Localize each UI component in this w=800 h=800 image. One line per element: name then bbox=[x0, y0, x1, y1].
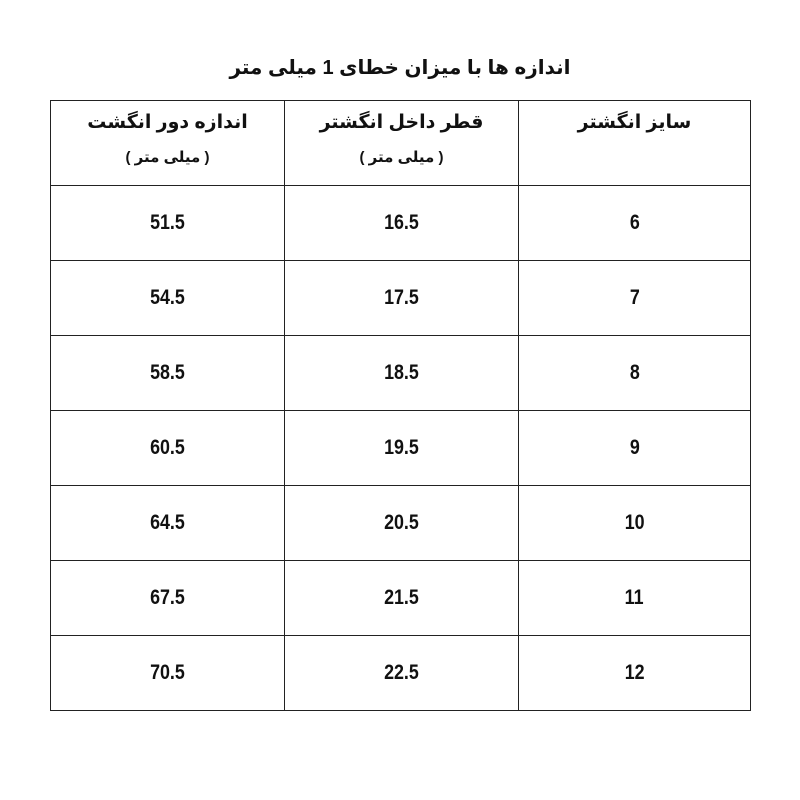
cell-circumference: 70.5 bbox=[51, 636, 285, 711]
cell-value: 12 bbox=[625, 661, 645, 685]
cell-circumference: 67.5 bbox=[51, 561, 285, 636]
table-row: 9 19.5 60.5 bbox=[51, 411, 751, 486]
cell-value: 9 bbox=[630, 436, 640, 460]
cell-inner-diameter: 21.5 bbox=[285, 561, 519, 636]
table-row: 6 16.5 51.5 bbox=[51, 186, 751, 261]
cell-inner-diameter: 22.5 bbox=[285, 636, 519, 711]
cell-value: 8 bbox=[630, 361, 640, 385]
header-label: اندازه دور انگشت bbox=[51, 109, 284, 137]
cell-size: 9 bbox=[519, 411, 751, 486]
header-circumference: اندازه دور انگشت ( میلی متر ) bbox=[51, 101, 285, 186]
cell-value: 16.5 bbox=[384, 211, 419, 235]
cell-value: 20.5 bbox=[384, 511, 419, 535]
cell-value: 7 bbox=[630, 286, 640, 310]
page-title: اندازه ها با میزان خطای 1 میلی متر bbox=[0, 52, 800, 84]
cell-value: 58.5 bbox=[150, 361, 185, 385]
cell-circumference: 51.5 bbox=[51, 186, 285, 261]
header-ring-size: سایز انگشتر bbox=[519, 101, 751, 186]
header-unit: ( میلی متر ) bbox=[51, 147, 284, 169]
cell-value: 22.5 bbox=[384, 661, 419, 685]
cell-value: 60.5 bbox=[150, 436, 185, 460]
header-inner-diameter: قطر داخل انگشتر ( میلی متر ) bbox=[285, 101, 519, 186]
cell-value: 21.5 bbox=[384, 586, 419, 610]
cell-circumference: 58.5 bbox=[51, 336, 285, 411]
header-label: قطر داخل انگشتر bbox=[285, 109, 518, 137]
cell-size: 6 bbox=[519, 186, 751, 261]
cell-value: 18.5 bbox=[384, 361, 419, 385]
cell-value: 19.5 bbox=[384, 436, 419, 460]
header-unit: ( میلی متر ) bbox=[285, 147, 518, 169]
table-row: 10 20.5 64.5 bbox=[51, 486, 751, 561]
cell-circumference: 60.5 bbox=[51, 411, 285, 486]
cell-size: 10 bbox=[519, 486, 751, 561]
table-row: 12 22.5 70.5 bbox=[51, 636, 751, 711]
table-row: 8 18.5 58.5 bbox=[51, 336, 751, 411]
cell-value: 51.5 bbox=[150, 211, 185, 235]
cell-inner-diameter: 18.5 bbox=[285, 336, 519, 411]
cell-inner-diameter: 20.5 bbox=[285, 486, 519, 561]
table-row: 7 17.5 54.5 bbox=[51, 261, 751, 336]
cell-value: 67.5 bbox=[150, 586, 185, 610]
cell-size: 11 bbox=[519, 561, 751, 636]
cell-value: 10 bbox=[625, 511, 645, 535]
cell-value: 54.5 bbox=[150, 286, 185, 310]
table-row: 11 21.5 67.5 bbox=[51, 561, 751, 636]
cell-value: 11 bbox=[625, 586, 644, 610]
cell-size: 7 bbox=[519, 261, 751, 336]
cell-circumference: 54.5 bbox=[51, 261, 285, 336]
ring-size-table: سایز انگشتر قطر داخل انگشتر ( میلی متر )… bbox=[50, 100, 751, 711]
cell-inner-diameter: 17.5 bbox=[285, 261, 519, 336]
cell-value: 70.5 bbox=[150, 661, 185, 685]
header-label: سایز انگشتر bbox=[519, 109, 750, 137]
cell-size: 8 bbox=[519, 336, 751, 411]
table-header-row: سایز انگشتر قطر داخل انگشتر ( میلی متر )… bbox=[51, 101, 751, 186]
cell-value: 64.5 bbox=[150, 511, 185, 535]
cell-value: 6 bbox=[630, 211, 640, 235]
cell-inner-diameter: 16.5 bbox=[285, 186, 519, 261]
cell-inner-diameter: 19.5 bbox=[285, 411, 519, 486]
cell-value: 17.5 bbox=[384, 286, 419, 310]
cell-size: 12 bbox=[519, 636, 751, 711]
cell-circumference: 64.5 bbox=[51, 486, 285, 561]
